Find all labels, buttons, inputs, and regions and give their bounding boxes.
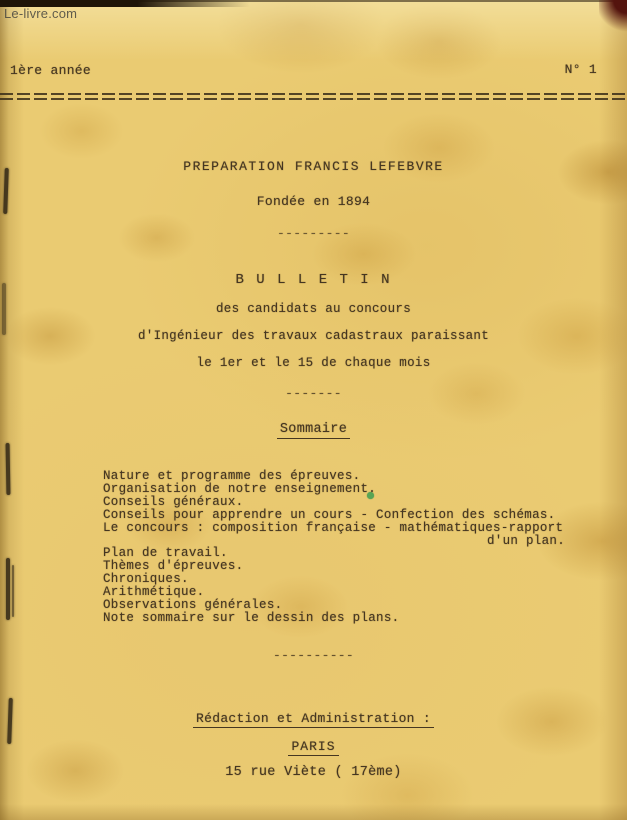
city-text: PARIS [288, 739, 338, 756]
scanned-page: Le-livre.com 1ère année N° 1 PREPARATION… [0, 0, 627, 820]
redaction-heading: Rédaction et Administration : [0, 711, 627, 726]
redaction-heading-text: Rédaction et Administration : [193, 711, 434, 728]
double-dashed-rule [0, 93, 627, 100]
sommaire-heading-text: Sommaire [277, 422, 350, 439]
sommaire-item: Organisation de notre enseignement. [103, 483, 583, 496]
sommaire-item: Nature et programme des épreuves. [103, 470, 583, 483]
separator-dashes: ------- [0, 386, 627, 401]
staple-mark [12, 565, 14, 617]
issue-number-label: N° 1 [565, 62, 597, 77]
sommaire-item: Note sommaire sur le dessin des plans. [103, 612, 583, 625]
scan-top-right-corner [599, 0, 627, 34]
sommaire-item: Le concours : composition française - ma… [103, 522, 583, 535]
sommaire-heading: Sommaire [0, 422, 627, 437]
bulletin-line-2: d'Ingénieur des travaux cadastraux parai… [0, 329, 627, 343]
bulletin-line-1: des candidats au concours [0, 302, 627, 316]
bulletin-heading: B U L L E T I N [0, 272, 627, 288]
sommaire-item: Conseils pour apprendre un cours - Confe… [103, 509, 583, 522]
staple-mark [6, 558, 10, 620]
sommaire-list: Nature et programme des épreuves. Organi… [103, 470, 583, 625]
masthead-founded: Fondée en 1894 [0, 194, 627, 209]
address-label: 15 rue Viète ( 17ème) [0, 765, 627, 780]
masthead-title: PREPARATION FRANCIS LEFEBVRE [0, 159, 627, 174]
separator-dashes: --------- [0, 226, 627, 241]
sommaire-item: Conseils généraux. [103, 496, 583, 509]
staple-mark [6, 443, 11, 495]
city-label: PARIS [0, 739, 627, 754]
issue-year-label: 1ère année [10, 63, 91, 78]
bulletin-line-3: le 1er et le 15 de chaque mois [0, 356, 627, 370]
separator-dashes: ---------- [0, 648, 627, 663]
watermark: Le-livre.com [4, 6, 77, 21]
